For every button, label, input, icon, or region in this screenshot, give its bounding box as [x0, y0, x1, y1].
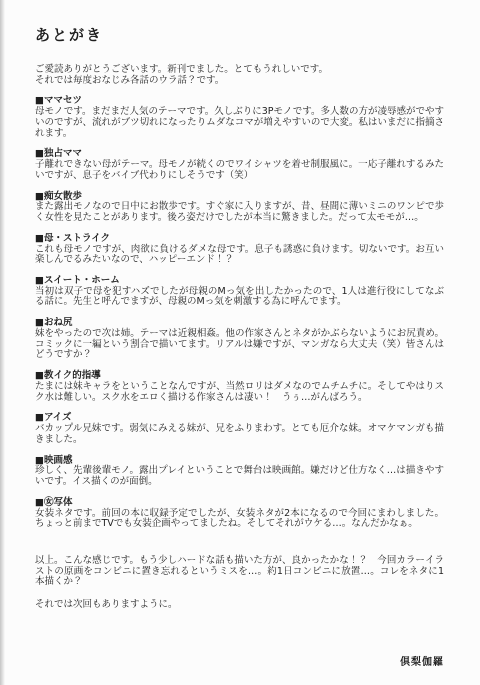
story-note-section: ■映画感珍しく、先輩後輩モノ。露出プレイということで舞台は映画館。嫌だけど仕方な… [35, 456, 444, 488]
closing-paragraph: 以上。こんな感じです。もう少しハードな話も描いた方が、良かったかな！？ 今回カラ… [35, 556, 444, 588]
section-body: これも母モノですが、肉欲に負けるダメな母です。息子も誘惑に負けます。切ないです。… [35, 245, 444, 266]
page-content: あとがき ご愛読ありがとうございます。新刊でました。とてもうれしいです。 それで… [0, 0, 480, 668]
section-body: 当初は双子で母を犯すハズでしたが母親のMっ気を出したかったので、1人は進行役にし… [35, 287, 444, 308]
intro-paragraphs: ご愛読ありがとうございます。新刊でました。とてもうれしいです。 それでは毎度おな… [35, 65, 444, 86]
section-body: 女装ネタです。前回の本に収録予定でしたが、女装ネタが2本になるので今回にまわしま… [35, 509, 444, 530]
story-note-section: ■ママセツ母モノです。まだまだ人気のテーマです。久しぶりに3Pモノです。多人数の… [35, 96, 444, 139]
section-body: 母モノです。まだまだ人気のテーマです。久しぶりに3Pモノです。多人数の方が凌辱感… [35, 107, 444, 139]
intro-line: それでは毎度おなじみ各話のウラ話？です。 [35, 76, 444, 87]
story-note-section: ■㊛写体女装ネタです。前回の本に収録予定でしたが、女装ネタが2本になるので今回に… [35, 498, 444, 530]
page-title: あとがき [35, 24, 444, 45]
story-note-section: ■痴女散歩また露出モノなので日中にお散歩です。すぐ家に入りますが、昔、昼間に薄い… [35, 192, 444, 224]
author-signature: 倶梨伽羅 [35, 653, 444, 668]
story-note-section: ■アイズバカップル兄妹です。弱気にみえる妹が、兄をふりまわす。とても厄介な妹。オ… [35, 413, 444, 445]
section-heading: ■母・ストライク [35, 234, 444, 245]
story-note-section: ■教イク的指導たまには妹キャラをということなんですが、当然ロリはダメなのでムチム… [35, 371, 444, 403]
section-body: バカップル兄妹です。弱気にみえる妹が、兄をふりまわす。とても厄介な妹。オマケマン… [35, 424, 444, 445]
section-body: また露出モノなので日中にお散歩です。すぐ家に入りますが、昔、昼間に薄いミニのワン… [35, 202, 444, 223]
afterword-page: あとがき ご愛読ありがとうございます。新刊でました。とてもうれしいです。 それで… [0, 0, 480, 685]
section-body: たまには妹キャラをということなんですが、当然ロリはダメなのでムチムチに。そしてや… [35, 382, 444, 403]
section-body: 珍しく、先輩後輩モノ。露出プレイということで舞台は映画館。嫌だけど仕方なく…は描… [35, 466, 444, 487]
story-note-section: ■独占ママ子離れできない母がテーマ。母モノが続くのでワイシャツを着せ制服風に。一… [35, 149, 444, 181]
story-note-section: ■おね尻妹をやったので次は姉。テーマは近親相姦。他の作家さんとネタがかぶらないよ… [35, 318, 444, 361]
section-body: 妹をやったので次は姉。テーマは近親相姦。他の作家さんとネタがかぶらないようにお尻… [35, 329, 444, 361]
closing-paragraphs: 以上。こんな感じです。もう少しハードな話も描いた方が、良かったかな！？ 今回カラ… [35, 556, 444, 611]
story-note-section: ■母・ストライクこれも母モノですが、肉欲に負けるダメな母です。息子も誘惑に負けま… [35, 234, 444, 266]
section-heading: ■㊛写体 [35, 498, 444, 509]
story-note-section: ■スイート・ホーム当初は双子で母を犯すハズでしたが母親のMっ気を出したかったので… [35, 276, 444, 308]
story-notes-list: ■ママセツ母モノです。まだまだ人気のテーマです。久しぶりに3Pモノです。多人数の… [35, 96, 444, 530]
closing-line: それでは次回もありますように。 [35, 600, 444, 611]
section-body: 子離れできない母がテーマ。母モノが続くのでワイシャツを着せ制服風に。一応子離れす… [35, 160, 444, 181]
